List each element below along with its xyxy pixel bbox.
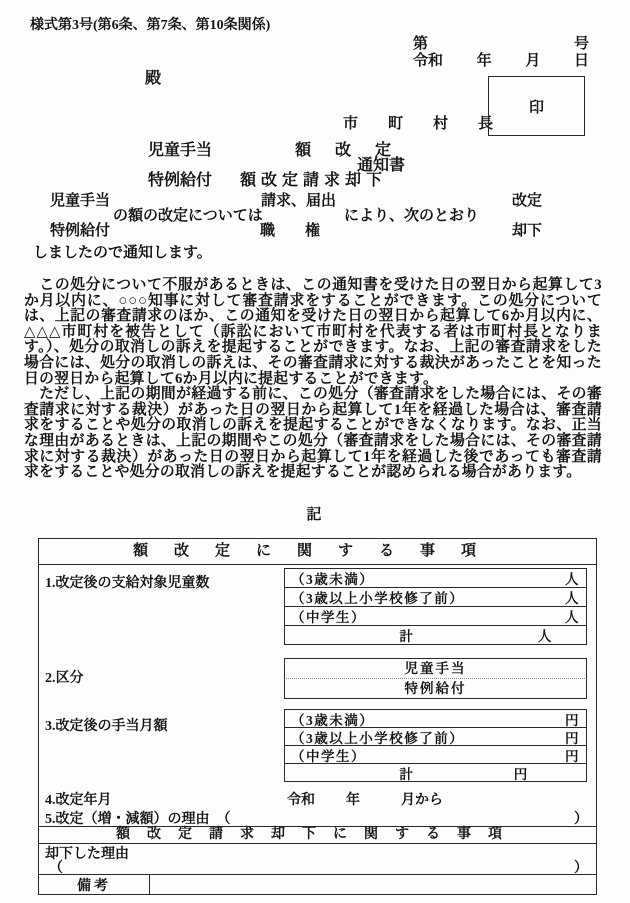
document-page: 様式第3号(第6条、第7条、第10条関係) 第 号 令和 年 月 日 殿 市町村… xyxy=(0,0,630,903)
seal-label: 印 xyxy=(529,96,544,117)
appeal-paragraph-2: ただし、上記の期間が経過する前に、この処分（審査請求をした場合には、その審査請求… xyxy=(24,387,602,481)
seal-box: 印 xyxy=(488,76,585,136)
item3-row-junior: （中学生） 円 xyxy=(284,745,587,764)
item5-label: 5.改定（増・減額）の理由 （ xyxy=(45,808,231,828)
item1-row-unit: 人 xyxy=(565,568,580,588)
item3-row-unit: 円 xyxy=(565,709,580,729)
item4-era: 令和 xyxy=(287,789,315,809)
form-number: 様式第3号(第6条、第7条、第10条関係) xyxy=(30,14,270,34)
item1-row-under3: （3歳未満） 人 xyxy=(284,568,587,588)
item1-row-label: （中学生） xyxy=(291,606,366,626)
item2-label: 2.区分 xyxy=(45,667,84,687)
sentence-basis-option-1: 請求、届出 xyxy=(261,189,336,210)
date-line: 令和 年 月 日 xyxy=(413,49,589,70)
item1-row-unit: 人 xyxy=(565,587,580,607)
appeal-notice: この処分について不服があるときは、この通知書を受けた日の翌日から起算して3か月以… xyxy=(24,278,602,481)
item3-row-label: （中学生） xyxy=(291,745,366,765)
date-month-label: 月 xyxy=(525,49,540,70)
revision-table: 額改定に関する事項 1.改定後の支給対象児童数 （3歳未満） 人 （3歳以上小学… xyxy=(38,538,597,895)
item3-total-unit: 円 xyxy=(514,763,529,783)
record-marker: 記 xyxy=(0,503,630,524)
section-b-header: 額改定請求却下に関する事項 xyxy=(39,826,596,844)
item3-total-row: 計 円 xyxy=(284,763,587,782)
item1-row-label: （3歳未満） xyxy=(291,568,374,588)
remarks-value-cell xyxy=(150,875,596,894)
sentence-middle-1: の額の改定については xyxy=(113,204,263,225)
date-day-label: 日 xyxy=(574,49,589,70)
item3-row-under3: （3歳未満） 円 xyxy=(284,709,587,728)
item3-row-3toelem: （3歳以上小学校修了前） 円 xyxy=(284,727,587,746)
item3-row-unit: 円 xyxy=(565,745,580,765)
date-year-label: 年 xyxy=(477,49,492,70)
title-benefit-option-1: 児童手当 xyxy=(148,137,212,160)
sentence-basis-option-2: 職 権 xyxy=(260,219,320,240)
item1-box: （3歳未満） 人 （3歳以上小学校修了前） 人 （中学生） 人 計 人 xyxy=(284,568,587,645)
item3-row-unit: 円 xyxy=(565,727,580,747)
item5-close-paren: ） xyxy=(574,808,588,828)
item1-row-unit: 人 xyxy=(565,606,580,626)
item4-year-label: 年 xyxy=(346,789,360,809)
sentence-closing: しましたので通知します。 xyxy=(33,241,212,262)
item4-month-label: 月から xyxy=(401,789,443,809)
remarks-label-cell: 備考 xyxy=(39,875,150,894)
item3-row-label: （3歳以上小学校修了前） xyxy=(291,727,464,747)
item4-label: 4.改定年月 xyxy=(45,789,112,809)
item1-total-label: 計 xyxy=(399,625,414,645)
title-benefit-option-2: 特例給付 xyxy=(148,167,212,190)
item3-row-label: （3歳未満） xyxy=(291,709,374,729)
sentence-benefit-option-2: 特例給付 xyxy=(50,219,110,240)
sentence-result-option-2: 却下 xyxy=(512,219,542,240)
item3-box: （3歳未満） 円 （3歳以上小学校修了前） 円 （中学生） 円 計 円 xyxy=(284,709,587,782)
appeal-paragraph-1: この処分について不服があるときは、この通知書を受けた日の翌日から起算して3か月以… xyxy=(24,278,602,387)
date-era: 令和 xyxy=(413,49,443,70)
item3-total-label: 計 xyxy=(399,763,414,783)
sentence-benefit-option-1: 児童手当 xyxy=(50,189,110,210)
addressee-suffix: 殿 xyxy=(145,65,161,88)
item2-box: 児童手当 特例給付 xyxy=(284,658,587,699)
section-a-header: 額改定に関する事項 xyxy=(39,539,596,565)
item1-total-row: 計 人 xyxy=(284,625,587,645)
item1-row-junior: （中学生） 人 xyxy=(284,606,587,626)
item2-option-1: 児童手当 xyxy=(284,658,587,679)
remarks-row: 備考 xyxy=(39,874,596,894)
item1-total-unit: 人 xyxy=(538,625,553,645)
item3-label: 3.改定後の手当月額 xyxy=(45,715,168,735)
item1-label: 1.改定後の支給対象児童数 xyxy=(45,572,210,592)
title-action-option-2: 額改定請求却下 xyxy=(240,167,387,190)
item2-option-2: 特例給付 xyxy=(284,679,587,699)
sentence-middle-2: により、次のとおり xyxy=(344,204,479,225)
item1-row-label: （3歳以上小学校修了前） xyxy=(291,587,464,607)
item1-row-3toelem: （3歳以上小学校修了前） 人 xyxy=(284,587,587,607)
sentence-result-option-1: 改定 xyxy=(512,189,542,210)
